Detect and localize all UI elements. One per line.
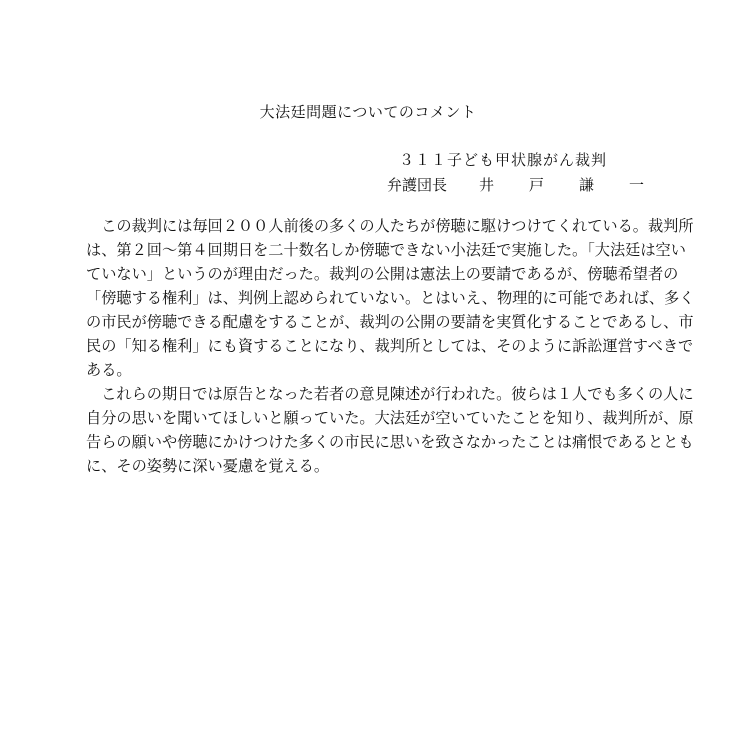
author-role: 弁護団長 [387,173,479,198]
text-line: は、第２回〜第４回期日を二十数名しか傍聴できない小法廷で実施した。「大法廷は空い [86,238,652,262]
document-title: 大法廷問題についてのコメント [0,101,736,122]
author-organization: ３１１子ども甲状腺がん裁判 [387,148,644,173]
author-block: ３１１子ども甲状腺がん裁判 弁護団長 井 戸 謙 一 [387,148,644,198]
text-line: に、その姿勢に深い憂慮を覚える。 [86,454,652,478]
text-line: ある。 [86,358,652,382]
body-text: この裁判には毎回２００人前後の多くの人たちが傍聴に駆けつけてくれている。裁判所 … [86,214,652,478]
author-name-char: 井 [479,173,529,198]
text-line: ていない」というのが理由だった。裁判の公開は憲法上の要請であるが、傍聴希望者の [86,262,652,286]
text-line: 民の「知る権利」にも資することになり、裁判所としては、そのように訴訟運営すべきで [86,334,652,358]
text-line: 自分の思いを聞いてほしいと願っていた。大法廷が空いていたことを知り、裁判所が、原 [86,406,652,430]
paragraph: これらの期日では原告となった若者の意見陳述が行われた。彼らは１人でも多くの人に … [86,382,652,478]
text-line: の市民が傍聴できる配慮をすることが、裁判の公開の要請を実質化することであるし、市 [86,310,652,334]
author-name-char: 戸 [529,173,579,198]
text-line: 「傍聴する権利」は、判例上認められていない。とはいえ、物理的に可能であれば、多く [86,286,652,310]
author-role-name: 弁護団長 井 戸 謙 一 [387,173,644,198]
text-line: この裁判には毎回２００人前後の多くの人たちが傍聴に駆けつけてくれている。裁判所 [86,214,652,238]
paragraph: この裁判には毎回２００人前後の多くの人たちが傍聴に駆けつけてくれている。裁判所 … [86,214,652,382]
text-line: これらの期日では原告となった若者の意見陳述が行われた。彼らは１人でも多くの人に [86,382,652,406]
author-name-char: 一 [629,173,644,198]
author-name-char: 謙 [579,173,629,198]
text-line: 告らの願いや傍聴にかけつけた多くの市民に思いを致さなかったことは痛恨であるととも [86,430,652,454]
